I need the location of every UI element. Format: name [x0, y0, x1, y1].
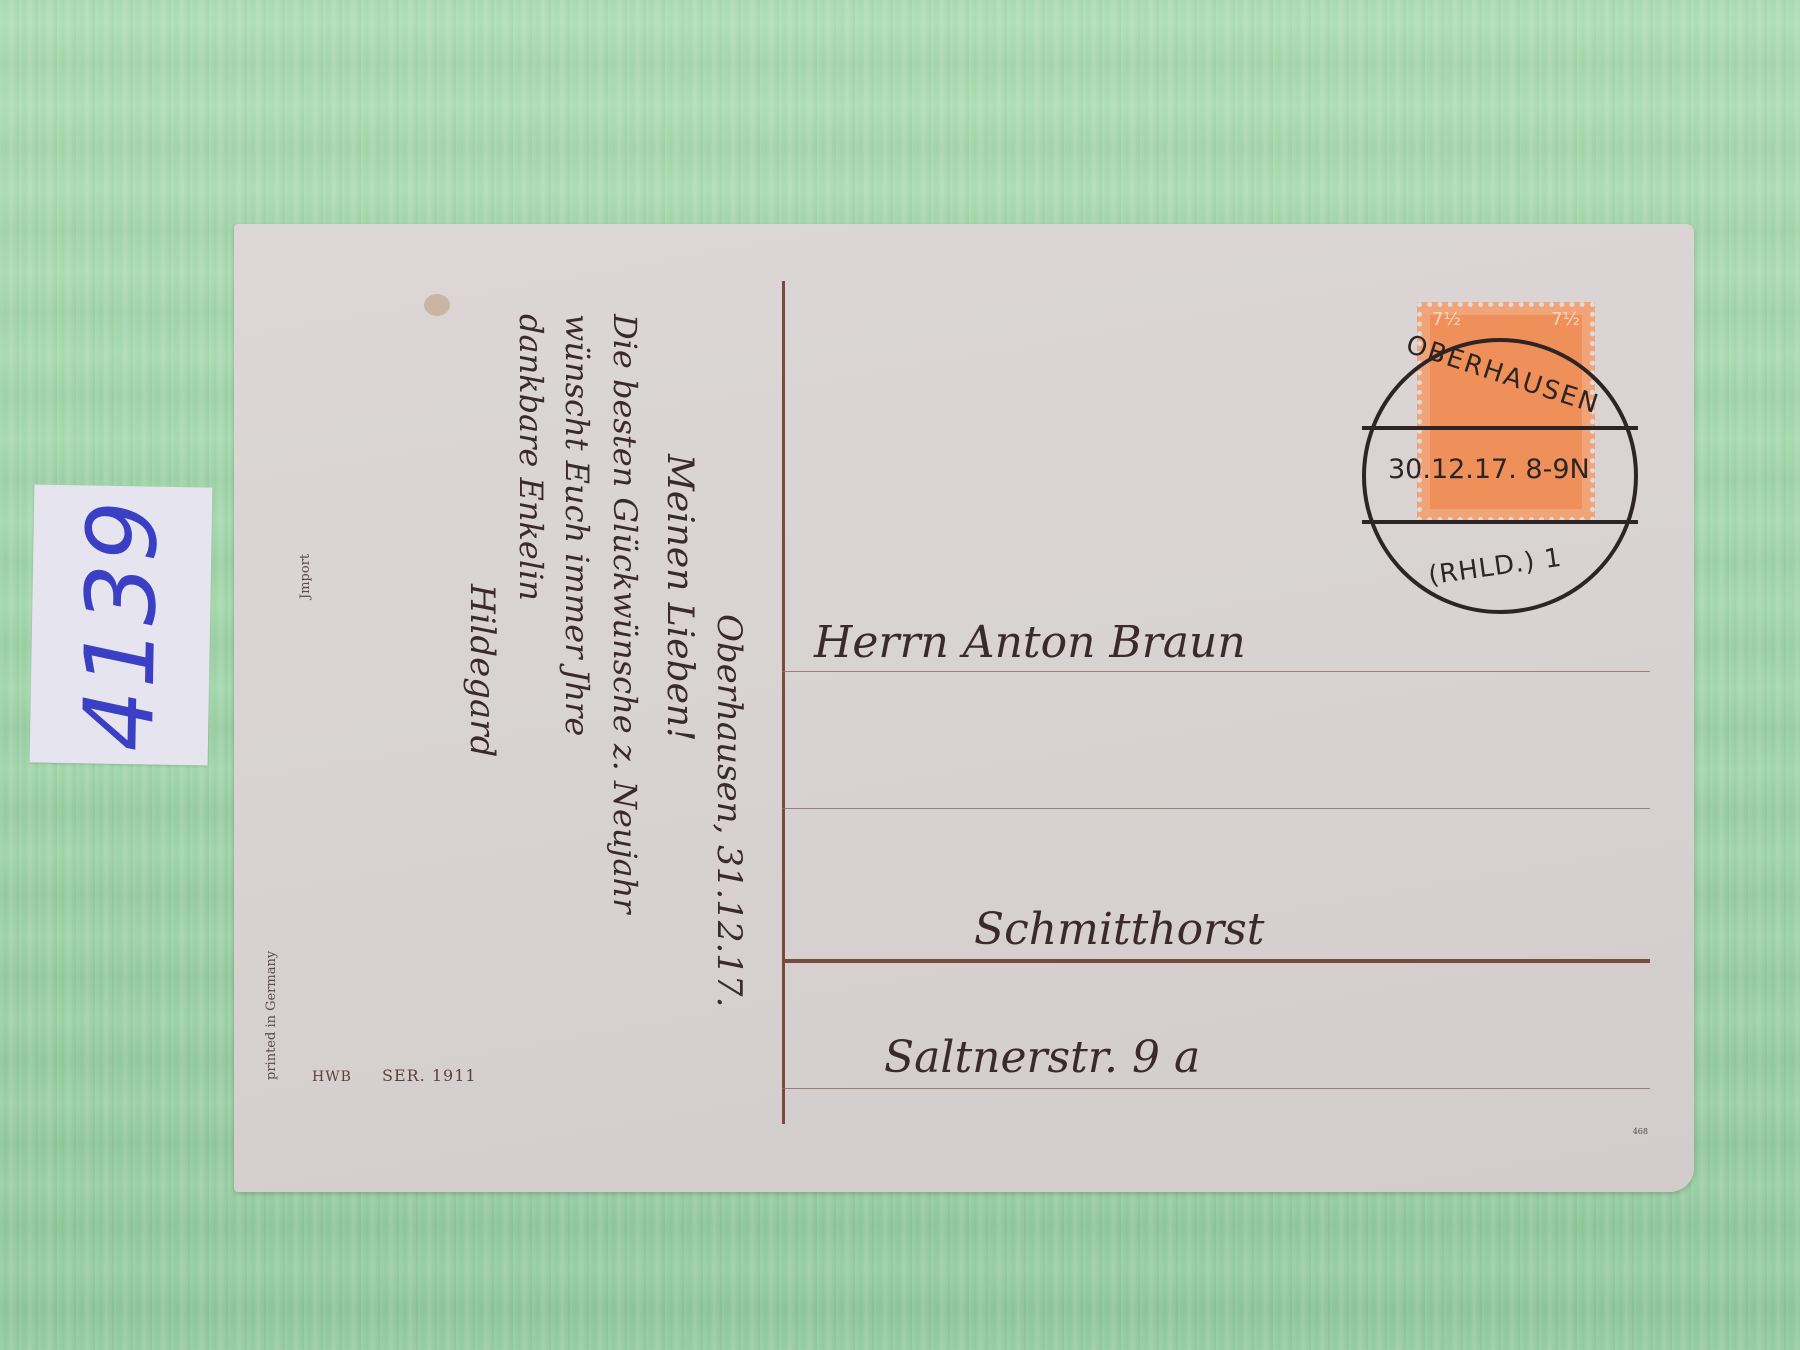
address-line-4 — [782, 1088, 1650, 1089]
postcard: Jmport printed in Germany HWB SER. 1911 … — [234, 224, 1694, 1192]
inventory-tag: 4139 — [30, 484, 213, 765]
center-divider — [782, 281, 785, 1124]
address-line-3 — [782, 959, 1650, 963]
stamp-value-right: 7½ — [1551, 309, 1580, 330]
inventory-number: 4139 — [63, 498, 179, 752]
postmark-bar-top — [1362, 426, 1638, 430]
postmark: OBERHAUSEN 30.12.17. 8-9N (RHLD.) 1 — [1362, 338, 1638, 614]
publisher-mark: HWB — [312, 1069, 352, 1085]
address-line-1 — [782, 671, 1650, 672]
message-signature: Hildegard — [462, 584, 502, 757]
message-line-1: Die besten Glückwünsche z. Neujahr — [606, 314, 644, 913]
recipient-street: Saltnerstr. 9 a — [884, 1032, 1200, 1083]
postmark-bar-bottom — [1362, 520, 1638, 524]
message-line-3: dankbare Enkelin — [512, 314, 550, 601]
stamp-value-left: 7½ — [1432, 309, 1461, 330]
corner-code: 468 — [1633, 1127, 1648, 1136]
address-line-2 — [782, 808, 1650, 809]
postmark-date: 30.12.17. 8-9N — [1388, 454, 1590, 485]
series-label: HWB SER. 1911 — [312, 1066, 477, 1085]
recipient-city: Schmitthorst — [974, 904, 1264, 955]
message-salutation: Meinen Lieben! — [659, 454, 700, 742]
printed-in-label: printed in Germany — [264, 951, 279, 1080]
recipient-name: Herrn Anton Braun — [814, 617, 1246, 668]
postmark-region: (RHLD.) 1 — [1427, 543, 1564, 591]
message-place-date: Oberhausen, 31.12.17. — [709, 614, 749, 1007]
message-line-2: wünscht Euch immer Jhre — [558, 314, 596, 736]
import-label: Jmport — [298, 554, 313, 599]
stain-mark — [424, 294, 450, 316]
series-number: SER. 1911 — [382, 1066, 477, 1085]
